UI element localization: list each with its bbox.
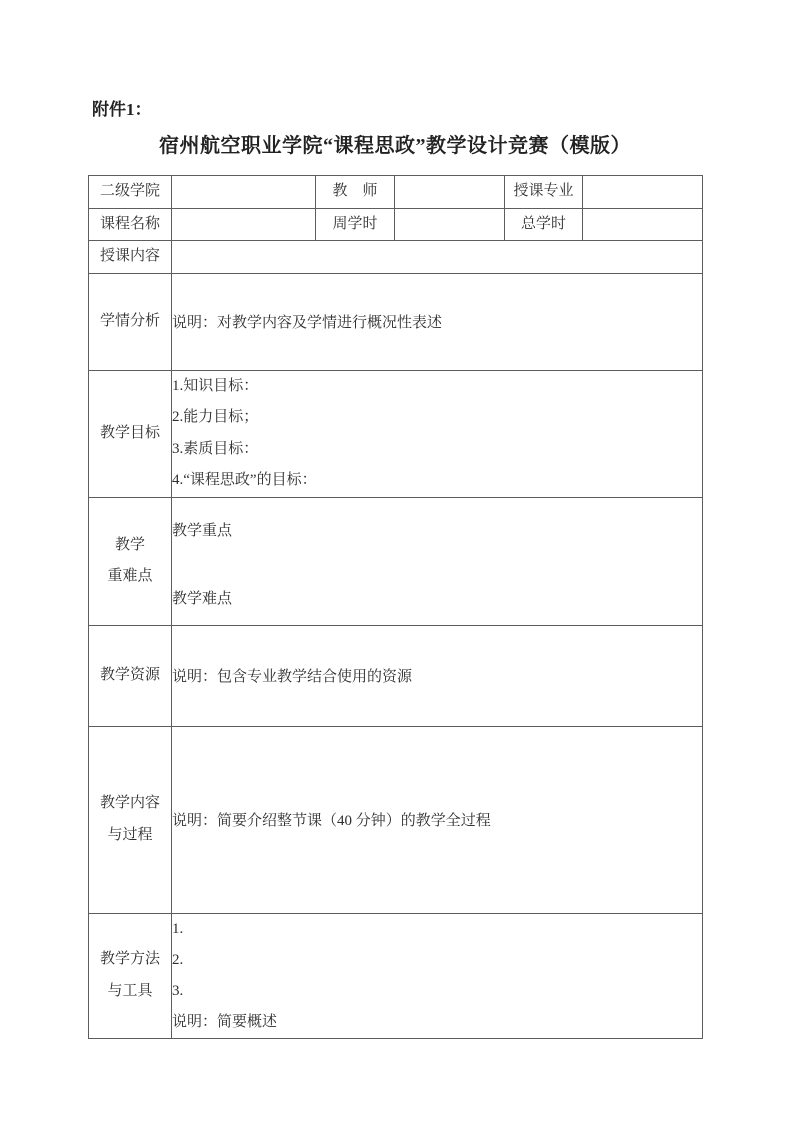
teaching-methods-field[interactable]: 1. 2. 3. 说明：简要概述: [172, 913, 703, 1039]
teaching-resources-field[interactable]: 说明：包含专业教学结合使用的资源: [172, 625, 703, 726]
total-hours-field[interactable]: [583, 208, 703, 241]
teaching-resources-label: 教学资源: [89, 625, 172, 726]
teaching-objectives-field[interactable]: 1.知识目标： 2.能力目标； 3.素质目标： 4.“课程思政”的目标：: [172, 370, 703, 497]
key-points-field[interactable]: 教学重点 教学难点: [172, 497, 703, 625]
teacher-label: 教 师: [316, 176, 395, 209]
attachment-label: 附件1：: [92, 95, 152, 120]
teaching-methods-note: 说明：简要概述: [172, 1007, 702, 1038]
teaching-difficulty: 教学难点: [172, 587, 702, 608]
college-label: 二级学院: [89, 176, 172, 209]
row-college-teacher-major: 二级学院 教 师 授课专业: [89, 176, 703, 209]
row-teaching-process: 教学内容 与过程 说明：简要介绍整节课（40 分钟）的教学全过程: [89, 726, 703, 913]
row-key-difficult-points: 教学 重难点 教学重点 教学难点: [89, 497, 703, 625]
document-page: 附件1： 宿州航空职业学院“课程思政”教学设计竞赛（模版） 二级学院 教 师 授…: [0, 0, 793, 1122]
row-teaching-resources: 教学资源 说明：包含专业教学结合使用的资源: [89, 625, 703, 726]
teaching-methods-label-line1: 教学方法: [89, 944, 171, 976]
total-hours-label: 总学时: [505, 208, 583, 241]
learner-analysis-note: 说明：对教学内容及学情进行概况性表述: [172, 311, 702, 332]
major-field[interactable]: [583, 176, 703, 209]
objective-knowledge: 1.知识目标：: [172, 371, 702, 402]
learner-analysis-label: 学情分析: [89, 273, 172, 370]
course-name-label: 课程名称: [89, 208, 172, 241]
key-points-label-line2: 重难点: [89, 561, 171, 593]
teaching-process-label: 教学内容 与过程: [89, 726, 172, 913]
teacher-field[interactable]: [395, 176, 505, 209]
key-points-label-line1: 教学: [89, 530, 171, 562]
document-title: 宿州航空职业学院“课程思政”教学设计竞赛（模版）: [88, 129, 702, 158]
weekly-hours-label: 周学时: [316, 208, 395, 241]
course-name-field[interactable]: [172, 208, 316, 241]
college-field[interactable]: [172, 176, 316, 209]
weekly-hours-field[interactable]: [395, 208, 505, 241]
key-points-label: 教学 重难点: [89, 497, 172, 625]
teaching-process-field[interactable]: 说明：简要介绍整节课（40 分钟）的教学全过程: [172, 726, 703, 913]
learner-analysis-field[interactable]: 说明：对教学内容及学情进行概况性表述: [172, 273, 703, 370]
row-course-hours: 课程名称 周学时 总学时: [89, 208, 703, 241]
teaching-design-form: 二级学院 教 师 授课专业 课程名称 周学时 总学时 授课内容 学情分析 说明：…: [88, 175, 703, 1039]
lecture-content-label: 授课内容: [89, 241, 172, 274]
teaching-process-label-line1: 教学内容: [89, 788, 171, 820]
row-teaching-objectives: 教学目标 1.知识目标： 2.能力目标； 3.素质目标： 4.“课程思政”的目标…: [89, 370, 703, 497]
teaching-method-item-3: 3.: [172, 976, 702, 1007]
row-teaching-methods: 教学方法 与工具 1. 2. 3. 说明：简要概述: [89, 913, 703, 1039]
objective-ability: 2.能力目标；: [172, 402, 702, 433]
objective-ideology: 4.“课程思政”的目标：: [172, 465, 702, 496]
teaching-methods-label: 教学方法 与工具: [89, 913, 172, 1039]
teaching-process-label-line2: 与过程: [89, 820, 171, 852]
teaching-method-item-1: 1.: [172, 914, 702, 945]
teaching-method-item-2: 2.: [172, 945, 702, 976]
row-lecture-content: 授课内容: [89, 241, 703, 274]
lecture-content-field[interactable]: [172, 241, 703, 274]
teaching-focus: 教学重点: [172, 519, 702, 540]
teaching-objectives-label: 教学目标: [89, 370, 172, 497]
major-label: 授课专业: [505, 176, 583, 209]
objective-quality: 3.素质目标：: [172, 434, 702, 465]
teaching-methods-label-line2: 与工具: [89, 976, 171, 1008]
teaching-resources-note: 说明：包含专业教学结合使用的资源: [172, 665, 702, 686]
teaching-process-note: 说明：简要介绍整节课（40 分钟）的教学全过程: [172, 809, 702, 830]
row-learner-analysis: 学情分析 说明：对教学内容及学情进行概况性表述: [89, 273, 703, 370]
